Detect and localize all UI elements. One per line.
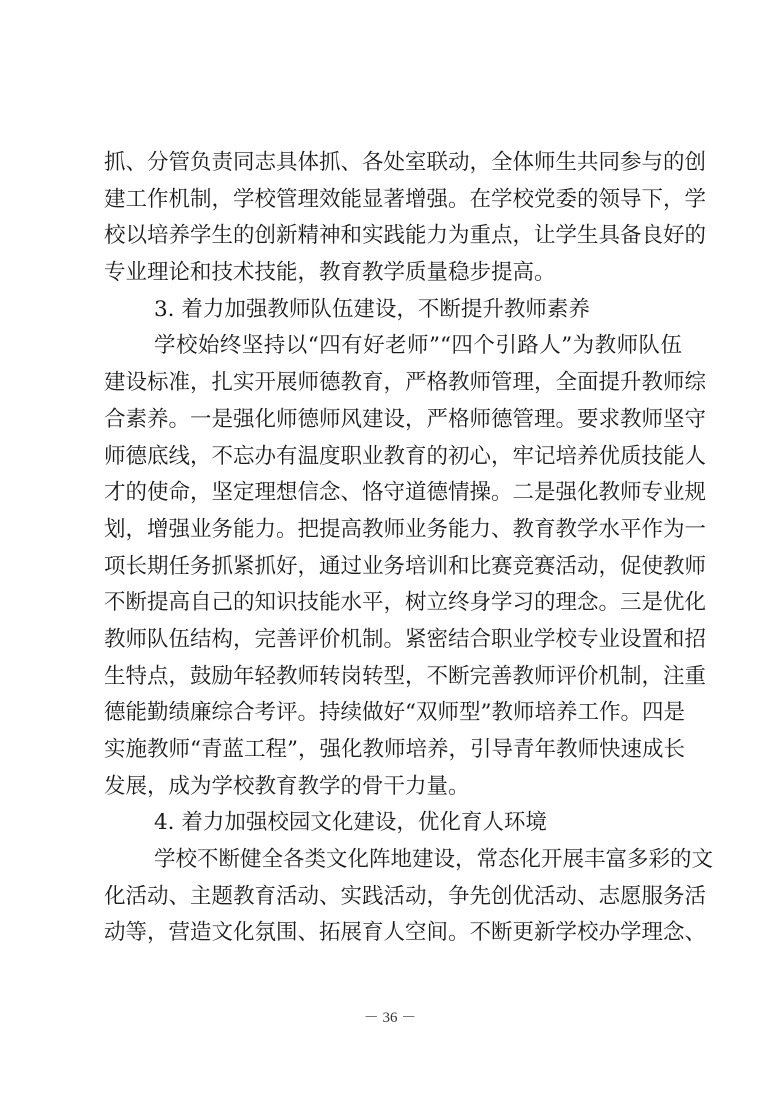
page-number: － 36 － <box>0 1006 780 1027</box>
text-line: 学校不断健全各类文化阵地建设，常态化开展丰富多彩的文 <box>104 842 682 879</box>
text-line: 生特点，鼓励年轻教师转岗转型，不断完善教师评价机制，注重 <box>104 659 682 696</box>
text-line: 校以培养学生的创新精神和实践能力为重点，让学生具备良好的 <box>104 218 682 255</box>
text-line: 合素养。一是强化师德师风建设，严格师德管理。要求教师坚守 <box>104 402 682 439</box>
document-body: 抓、分管负责同志具体抓、各处室联动，全体师生共同参与的创 建工作机制，学校管理效… <box>104 145 682 952</box>
text-line: 建设标准，扎实开展师德教育，严格教师管理，全面提升教师综 <box>104 365 682 402</box>
text-line: 发展，成为学校教育教学的骨干力量。 <box>104 769 682 806</box>
text-line: 学校始终坚持以“四有好老师”“四个引路人”为教师队伍 <box>104 328 682 365</box>
section-heading-3: 3. 着力加强教师队伍建设，不断提升教师素养 <box>104 292 682 329</box>
text-line: 划，增强业务能力。把提高教师业务能力、教育教学水平作为一 <box>104 512 682 549</box>
paragraph-continuation: 抓、分管负责同志具体抓、各处室联动，全体师生共同参与的创 建工作机制，学校管理效… <box>104 145 682 292</box>
text-line: 抓、分管负责同志具体抓、各处室联动，全体师生共同参与的创 <box>104 145 682 182</box>
text-line: 项长期任务抓紧抓好，通过业务培训和比赛竞赛活动，促使教师 <box>104 549 682 586</box>
paragraph-culture: 学校不断健全各类文化阵地建设，常态化开展丰富多彩的文 化活动、主题教育活动、实践… <box>104 842 682 952</box>
text-line: 才的使命，坚定理想信念、恪守道德情操。二是强化教师专业规 <box>104 475 682 512</box>
paragraph-teachers: 学校始终坚持以“四有好老师”“四个引路人”为教师队伍 建设标准，扎实开展师德教育… <box>104 328 682 805</box>
text-line: 不断提高自己的知识技能水平，树立终身学习的理念。三是优化 <box>104 585 682 622</box>
text-line: 化活动、主题教育活动、实践活动，争先创优活动、志愿服务活 <box>104 879 682 916</box>
text-line: 实施教师“青蓝工程”，强化教师培养，引导青年教师快速成长 <box>104 732 682 769</box>
text-line: 师德底线，不忘办有温度职业教育的初心，牢记培养优质技能人 <box>104 439 682 476</box>
text-line: 教师队伍结构，完善评价机制。紧密结合职业学校专业设置和招 <box>104 622 682 659</box>
text-line: 专业理论和技术技能，教育教学质量稳步提高。 <box>104 255 682 292</box>
section-heading-4: 4. 着力加强校园文化建设，优化育人环境 <box>104 805 682 842</box>
text-line: 建工作机制，学校管理效能显著增强。在学校党委的领导下，学 <box>104 182 682 219</box>
text-line: 动等，营造文化氛围、拓展育人空间。不断更新学校办学理念、 <box>104 915 682 952</box>
text-line: 德能勤绩廉综合考评。持续做好“双师型”教师培养工作。四是 <box>104 695 682 732</box>
